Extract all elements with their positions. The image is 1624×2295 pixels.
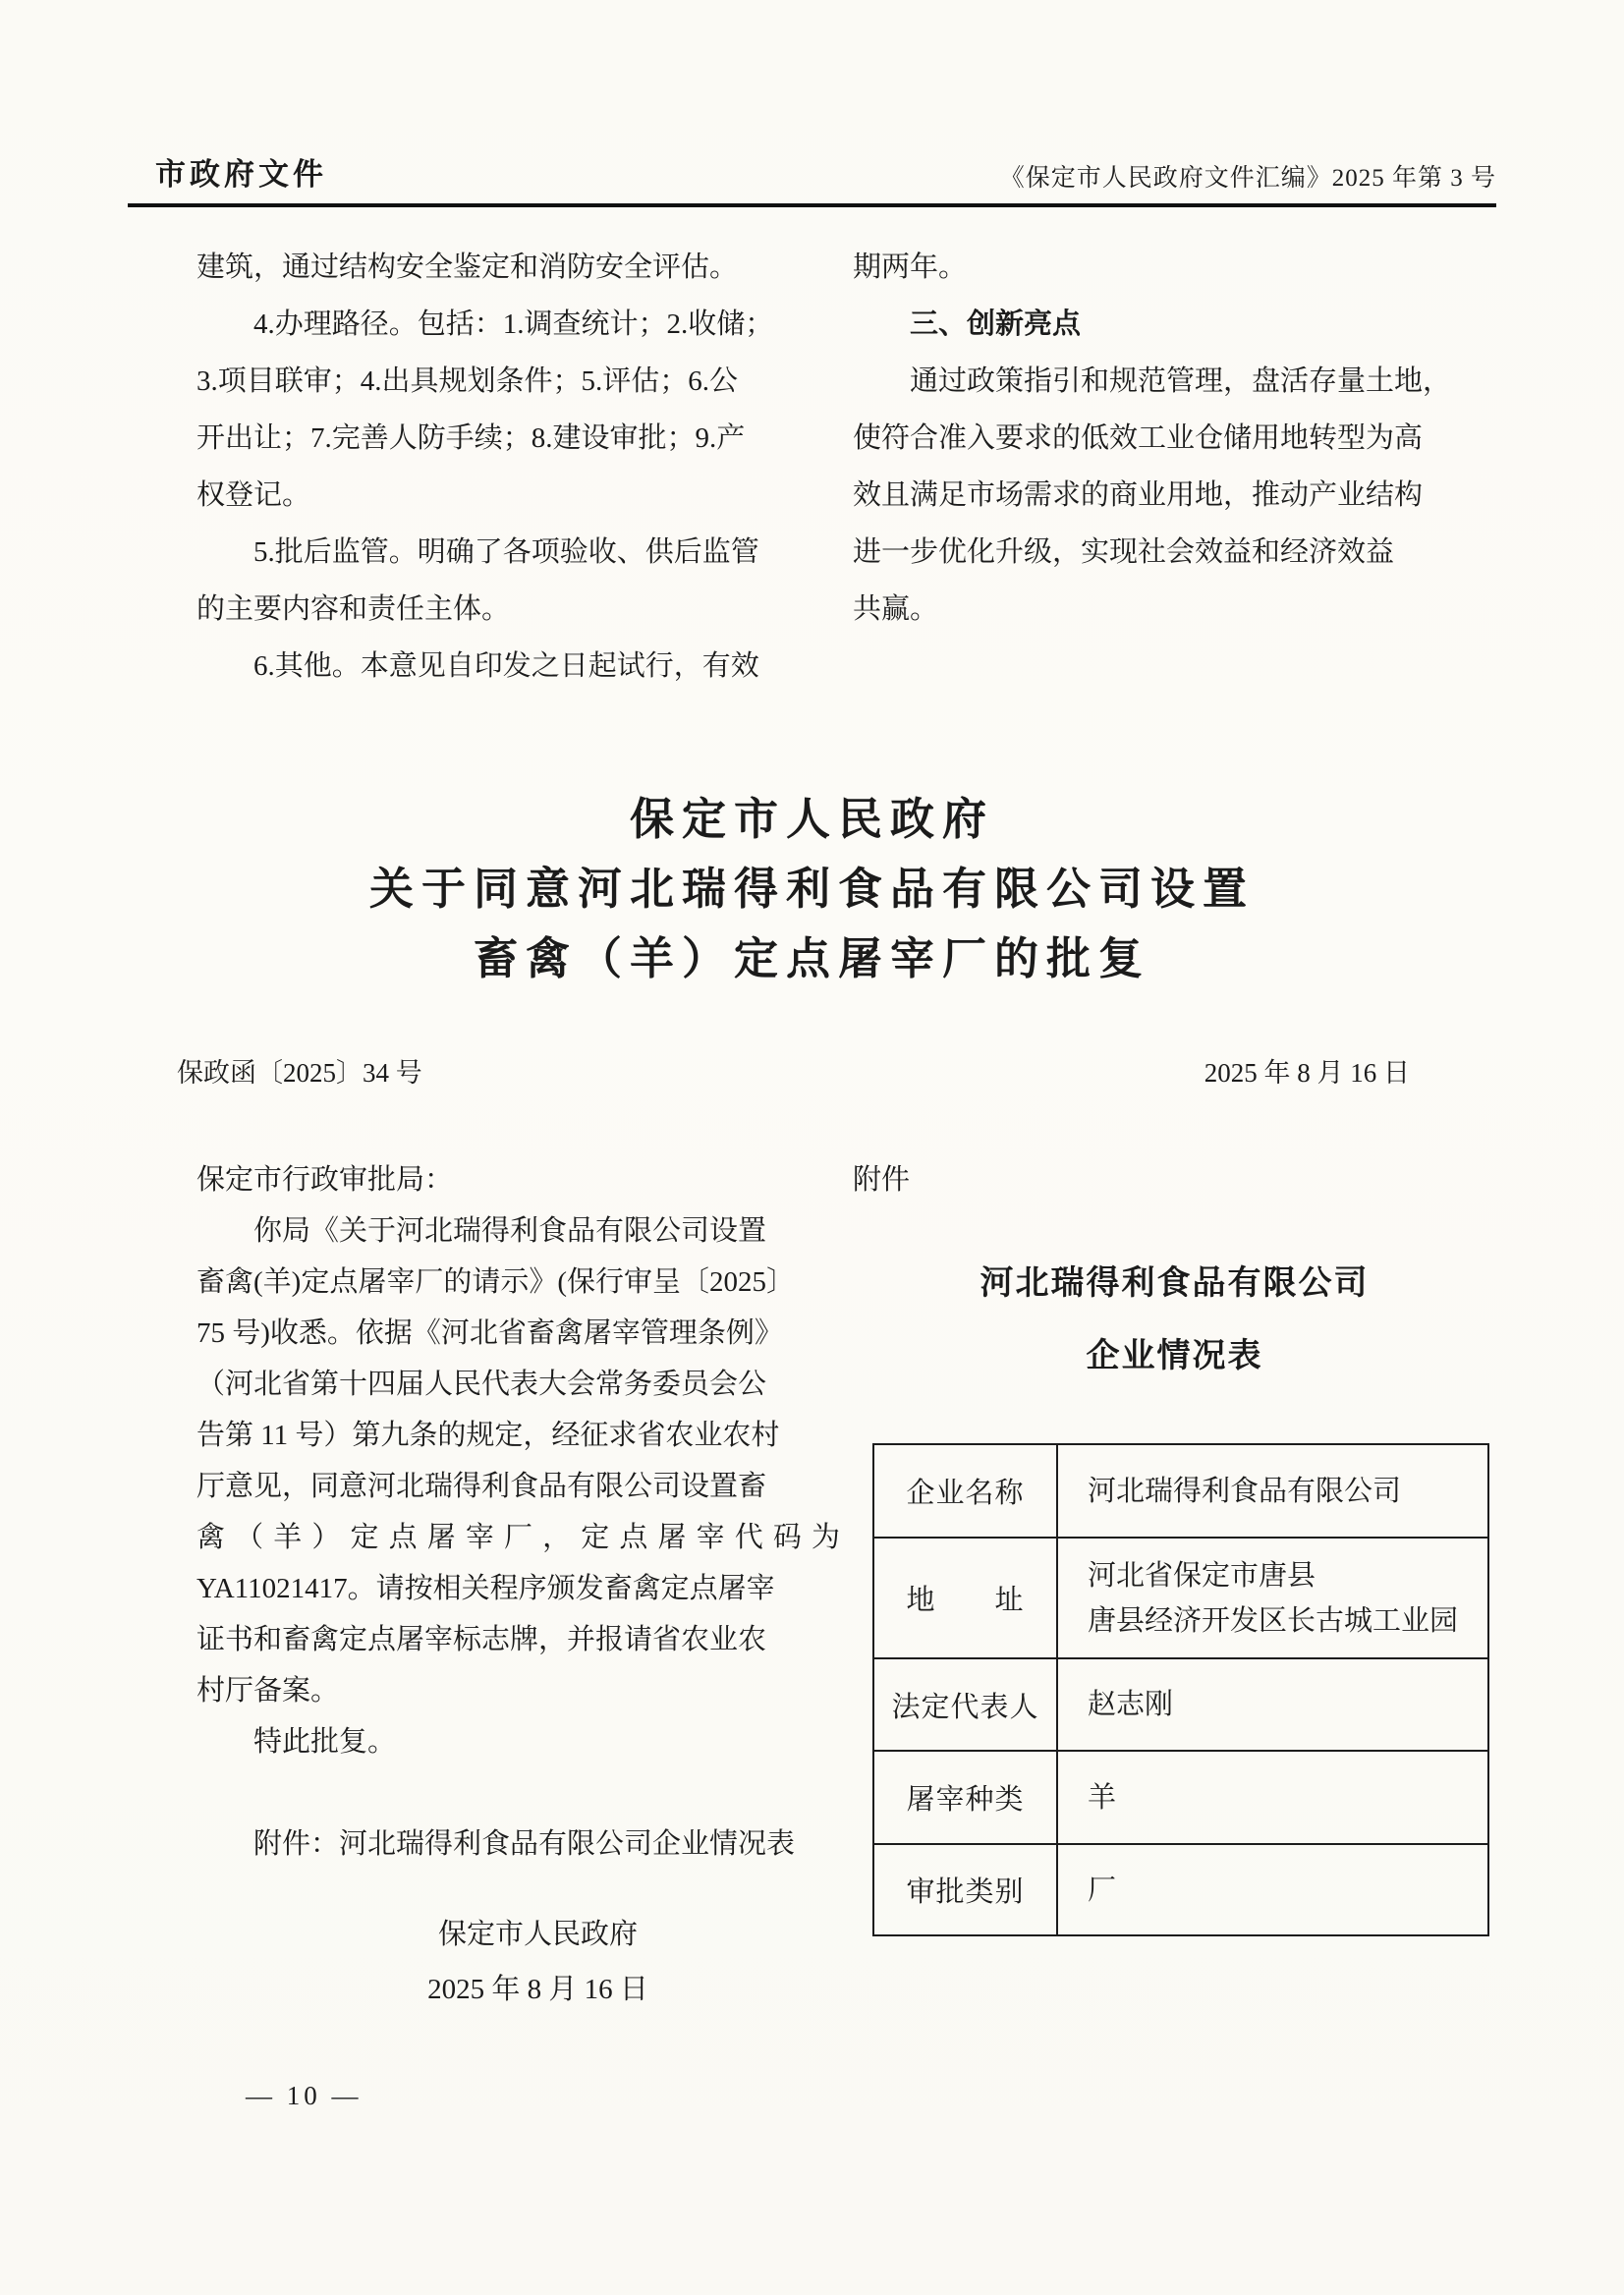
attachment-label: 附件 <box>853 1154 1496 1205</box>
doc-meta-row: 保政函〔2025〕34 号 2025 年 8 月 16 日 <box>177 1051 1410 1090</box>
text-line: 禽（羊）定点屠宰厂，定点屠宰代码为 <box>196 1512 840 1563</box>
page-number: — 10 — <box>246 2081 363 2111</box>
top-left-column: 建筑，通过结构安全鉴定和消防安全评估。4.办理路径。包括：1.调查统计；2.收储… <box>196 239 840 695</box>
text-line: 的主要内容和责任主体。 <box>196 581 840 638</box>
text-line: 三、创新亮点 <box>853 296 1496 353</box>
table-value-line: 河北省保定市唐县 <box>1088 1553 1487 1598</box>
text-line: 进一步优化升级，实现社会效益和经济效益 <box>853 524 1496 581</box>
text-line <box>196 1767 840 1819</box>
text-line: 使符合准入要求的低效工业仓储用地转型为高 <box>853 410 1496 467</box>
approval-letter-column: 保定市行政审批局：你局《关于河北瑞得利食品有限公司设置畜禽(羊)定点屠宰厂的请示… <box>196 1154 840 2017</box>
table-row-value: 河北瑞得利食品有限公司 <box>1057 1444 1488 1538</box>
table-row: 法定代表人赵志刚 <box>873 1658 1488 1751</box>
text-line: 3.项目联审；4.出具规划条件；5.评估；6.公 <box>196 353 840 410</box>
enterprise-info-table-body: 企业名称河北瑞得利食品有限公司地 址河北省保定市唐县唐县经济开发区长古城工业园法… <box>873 1444 1488 1935</box>
table-row-label: 审批类别 <box>873 1844 1057 1935</box>
signature-date: 2025 年 8 月 16 日 <box>196 1962 840 2017</box>
table-row: 企业名称河北瑞得利食品有限公司 <box>873 1444 1488 1538</box>
attachment-title-company: 河北瑞得利食品有限公司 <box>853 1247 1496 1319</box>
document-title-line-authority: 保定市人民政府 <box>128 785 1496 855</box>
bottom-two-column-section: 保定市行政审批局：你局《关于河北瑞得利食品有限公司设置畜禽(羊)定点屠宰厂的请示… <box>196 1154 1496 2017</box>
document-page: 市政府文件 《保定市人民政府文件汇编》2025 年第 3 号 建筑，通过结构安全… <box>0 0 1624 2295</box>
table-row-value: 河北省保定市唐县唐县经济开发区长古城工业园 <box>1057 1538 1488 1658</box>
table-row: 屠宰种类羊 <box>873 1751 1488 1844</box>
text-line: 附件：河北瑞得利食品有限公司企业情况表 <box>196 1819 840 1870</box>
document-title-line-type: 畜禽（羊）定点屠宰厂的批复 <box>128 924 1496 994</box>
document-title-line-subject: 关于同意河北瑞得利食品有限公司设置 <box>128 855 1496 924</box>
text-line: 开出让；7.完善人防手续；8.建设审批；9.产 <box>196 410 840 467</box>
text-line: 4.办理路径。包括：1.调查统计；2.收储； <box>196 296 840 353</box>
text-line: 厅意见，同意河北瑞得利食品有限公司设置畜 <box>196 1461 840 1512</box>
doc-number: 保政函〔2025〕34 号 <box>177 1051 422 1090</box>
table-row: 地 址河北省保定市唐县唐县经济开发区长古城工业园 <box>873 1538 1488 1658</box>
text-line: 期两年。 <box>853 239 1496 296</box>
text-line: 你局《关于河北瑞得利食品有限公司设置 <box>196 1205 840 1257</box>
text-line: 告第 11 号）第九条的规定，经征求省农业农村 <box>196 1410 840 1461</box>
text-line: 共赢。 <box>853 581 1496 638</box>
text-line: 保定市行政审批局： <box>196 1154 840 1205</box>
text-line: 权登记。 <box>196 467 840 524</box>
enterprise-info-table: 企业名称河北瑞得利食品有限公司地 址河北省保定市唐县唐县经济开发区长古城工业园法… <box>872 1443 1489 1936</box>
top-right-column: 期两年。三、创新亮点通过政策指引和规范管理，盘活存量土地，使符合准入要求的低效工… <box>853 239 1496 695</box>
header-left-label: 市政府文件 <box>155 149 327 194</box>
table-row-label: 屠宰种类 <box>873 1751 1057 1844</box>
text-line: 5.批后监管。明确了各项验收、供后监管 <box>196 524 840 581</box>
table-value-line: 赵志刚 <box>1088 1682 1487 1727</box>
text-line: 村厅备案。 <box>196 1665 840 1716</box>
attachment-title: 河北瑞得利食品有限公司 企业情况表 <box>853 1247 1496 1392</box>
text-line: 效且满足市场需求的商业用地，推动产业结构 <box>853 467 1496 524</box>
table-row-label: 企业名称 <box>873 1444 1057 1538</box>
signature-block: 保定市人民政府 2025 年 8 月 16 日 <box>196 1907 840 2017</box>
signature-authority: 保定市人民政府 <box>196 1907 840 1962</box>
text-line: （河北省第十四届人民代表大会常务委员会公 <box>196 1359 840 1410</box>
approval-letter-body: 保定市行政审批局：你局《关于河北瑞得利食品有限公司设置畜禽(羊)定点屠宰厂的请示… <box>196 1154 840 1870</box>
table-row: 审批类别厂 <box>873 1844 1488 1935</box>
table-row-value: 厂 <box>1057 1844 1488 1935</box>
page-header: 市政府文件 《保定市人民政府文件汇编》2025 年第 3 号 <box>128 0 1496 207</box>
text-line: 建筑，通过结构安全鉴定和消防安全评估。 <box>196 239 840 296</box>
table-row-value: 羊 <box>1057 1751 1488 1844</box>
table-row-value: 赵志刚 <box>1057 1658 1488 1751</box>
table-value-line: 河北瑞得利食品有限公司 <box>1088 1469 1487 1514</box>
text-line: 证书和畜禽定点屠宰标志牌，并报请省农业农 <box>196 1614 840 1665</box>
table-row-label: 法定代表人 <box>873 1658 1057 1751</box>
header-right-compilation-info: 《保定市人民政府文件汇编》2025 年第 3 号 <box>1000 158 1496 194</box>
text-line: 75 号)收悉。依据《河北省畜禽屠宰管理条例》 <box>196 1308 840 1359</box>
doc-date: 2025 年 8 月 16 日 <box>1204 1051 1410 1090</box>
text-line: 通过政策指引和规范管理，盘活存量土地， <box>853 353 1496 410</box>
table-value-line: 羊 <box>1088 1775 1487 1820</box>
attachment-title-form: 企业情况表 <box>853 1319 1496 1392</box>
table-row-label: 地 址 <box>873 1538 1057 1658</box>
document-title: 保定市人民政府 关于同意河北瑞得利食品有限公司设置 畜禽（羊）定点屠宰厂的批复 <box>128 785 1496 994</box>
table-value-line: 唐县经济开发区长古城工业园 <box>1088 1598 1487 1644</box>
text-line: 6.其他。本意见自印发之日起试行，有效 <box>196 638 840 695</box>
text-line: 畜禽(羊)定点屠宰厂的请示》(保行审呈〔2025〕 <box>196 1257 840 1308</box>
top-two-column-section: 建筑，通过结构安全鉴定和消防安全评估。4.办理路径。包括：1.调查统计；2.收储… <box>196 239 1496 695</box>
table-value-line: 厂 <box>1088 1868 1487 1913</box>
text-line: 特此批复。 <box>196 1716 840 1767</box>
text-line: YA11021417。请按相关程序颁发畜禽定点屠宰 <box>196 1563 840 1614</box>
attachment-column: 附件 河北瑞得利食品有限公司 企业情况表 企业名称河北瑞得利食品有限公司地 址河… <box>853 1154 1496 2017</box>
